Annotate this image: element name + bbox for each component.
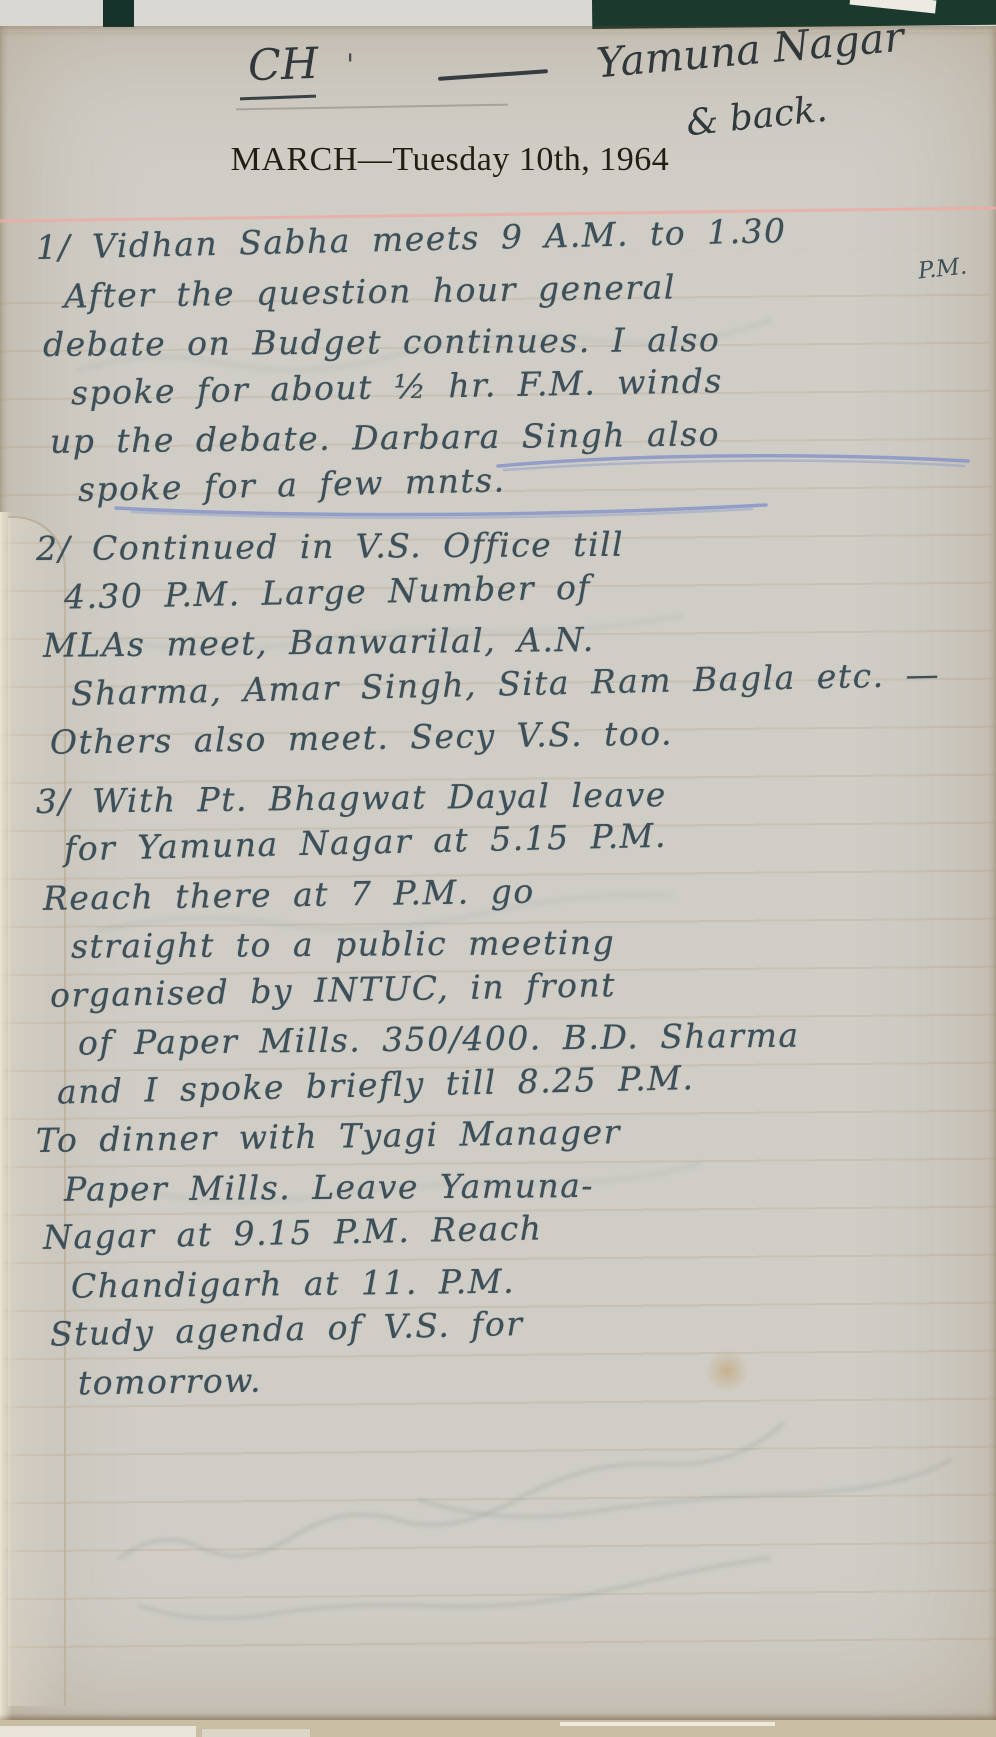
trip-note-tick: '	[346, 48, 354, 83]
printed-date-header: MARCH—Tuesday 10th, 1964	[0, 141, 900, 179]
bottom-page-edge-2	[202, 1729, 310, 1737]
entry-item-3: 3/ With Pt. Bhagwat Dayal leavefor Yamun…	[36, 778, 986, 1409]
bottom-page-edge-3	[560, 1722, 775, 1726]
entry-item-2: 2/ Continued in V.S. Office till4.30 P.M…	[36, 525, 986, 768]
trip-note-place-code: CH	[247, 39, 319, 91]
entry-item-1: 1/ Vidhan Sabha meets 9 A.M. to 1.30Afte…	[36, 224, 986, 515]
bottom-page-edge-1	[0, 1726, 196, 1737]
cover-green-tab	[103, 0, 134, 27]
pm-superscript: P.M.	[917, 254, 968, 285]
diary-entry: 1/ Vidhan Sabha meets 9 A.M. to 1.30Afte…	[36, 224, 986, 1418]
